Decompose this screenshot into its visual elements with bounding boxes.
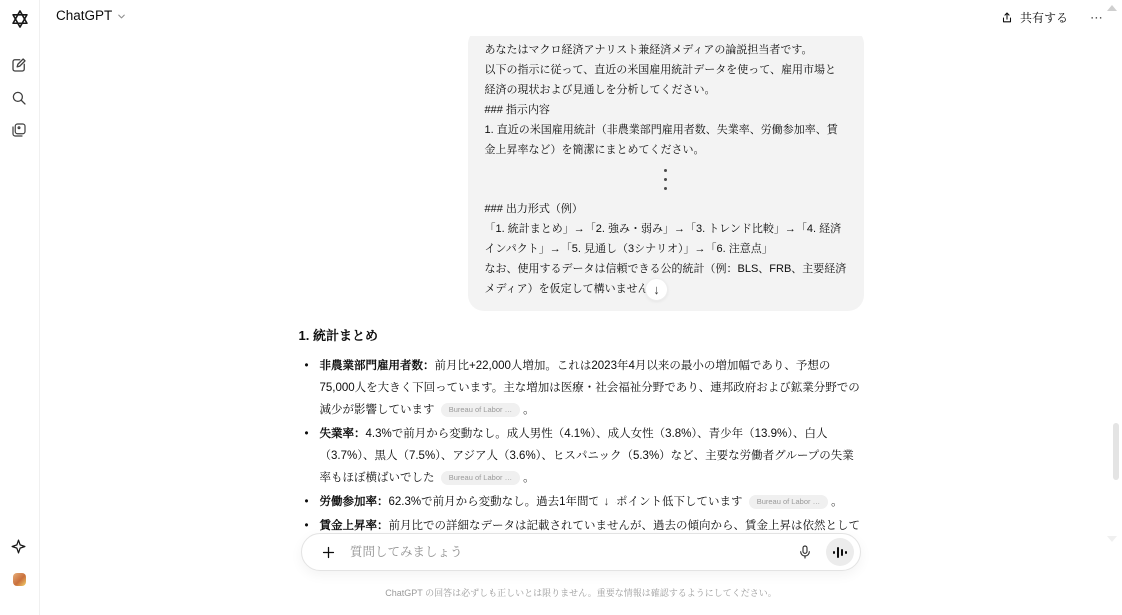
user-message-bubble: あなたはマクロ経済アナリスト兼経済メディアの論説担当者です。 以下の指示に従って… (468, 28, 864, 311)
model-switcher[interactable]: ChatGPT (56, 8, 127, 23)
user-message-text: 「1. 統計まとめ」→「2. 強み・弱み」→「3. トレンド比較」→「4. 経済… (485, 219, 847, 259)
user-message-text: あなたはマクロ経済アナリスト兼経済メディアの論説担当者です。 (485, 40, 847, 60)
waveform-icon (833, 547, 847, 558)
list-item: 労働参加率：62.3%で前月から変動なし。過去1年間で0.4ポイント低下していま… (299, 491, 864, 513)
truncated-content-indicator (485, 169, 847, 190)
share-label: 共有する (1020, 9, 1068, 26)
scrollbar-up-arrow[interactable] (1107, 5, 1117, 11)
assistant-bullet-list: 非農業部門雇用者数：前月比+22,000人増加。これは2023年4月以来の最小の… (299, 355, 864, 559)
app-title: ChatGPT (56, 8, 112, 23)
more-options-button[interactable]: ⋯ (1090, 10, 1104, 26)
composer-area: ChatGPT の回答は必ずしも正しいとは限りません。重要な情報は確認するように… (40, 533, 1122, 615)
bullet-suffix: 。 (831, 496, 843, 508)
assistant-message: 1. 統計まとめ 非農業部門雇用者数：前月比+22,000人増加。これは2023… (299, 325, 864, 559)
bullet-label: 労働参加率： (320, 496, 389, 508)
user-message-text: ### 指示内容 (485, 100, 847, 120)
bullet-label: 賃金上昇率： (320, 520, 389, 532)
bullet-text: 4.3%で前月から変動なし。成人男性（4.1%）、成人女性（3.8%）、青少年（… (320, 428, 854, 484)
citation-chip[interactable]: Bureau of Labor … (441, 403, 520, 417)
message-input[interactable] (340, 545, 792, 559)
top-bar: ChatGPT 共有する ⋯ (40, 0, 1122, 36)
message-composer (301, 533, 861, 571)
list-item: 失業率：4.3%で前月から変動なし。成人男性（4.1%）、成人女性（3.8%）、… (299, 423, 864, 489)
user-message-text: 以下の指示に従って、直近の米国雇用統計データを使って、雇用市場と経済の現状および… (485, 60, 847, 100)
bullet-label: 失業率： (320, 428, 366, 440)
share-button[interactable]: 共有する (1000, 9, 1068, 26)
voice-mode-button[interactable] (826, 538, 854, 566)
bullet-text: 62.3%で前月から変動なし。過去1年間で0.4ポイント低下しています (389, 496, 743, 508)
bullet-suffix: 。 (523, 404, 535, 416)
new-chat-icon[interactable] (10, 56, 30, 76)
citation-chip[interactable]: Bureau of Labor … (441, 471, 520, 485)
share-icon (1000, 11, 1014, 25)
avatar[interactable] (13, 573, 26, 586)
disclaimer-text: ChatGPT の回答は必ずしも正しいとは限りません。重要な情報は確認するように… (40, 586, 1122, 599)
user-message-text: 1. 直近の米国雇用統計（非農業部門雇用者数、失業率、労働参加率、賃金上昇率など… (485, 120, 847, 160)
scrollbar-down-arrow[interactable] (1107, 536, 1117, 542)
search-icon[interactable] (10, 89, 30, 109)
bullet-suffix: 。 (523, 472, 535, 484)
microphone-icon[interactable] (792, 539, 818, 565)
scrollbar-thumb[interactable] (1113, 423, 1119, 480)
library-icon[interactable] (10, 121, 30, 141)
openai-logo-icon[interactable] (9, 8, 31, 30)
bullet-label: 非農業部門雇用者数： (320, 360, 435, 372)
citation-chip[interactable]: Bureau of Labor … (749, 495, 828, 509)
attach-plus-button[interactable] (316, 540, 340, 564)
sidebar (0, 0, 40, 615)
user-message-text: ### 出力形式（例） (485, 199, 847, 219)
sparkle-icon[interactable] (10, 538, 30, 558)
list-item: 非農業部門雇用者数：前月比+22,000人増加。これは2023年4月以来の最小の… (299, 355, 864, 421)
chevron-down-icon (116, 11, 127, 22)
conversation-area: あなたはマクロ経済アナリスト兼経済メディアの論説担当者です。 以下の指示に従って… (40, 0, 1122, 615)
assistant-section-heading: 1. 統計まとめ (299, 325, 864, 347)
scroll-down-cursor-icon[interactable]: ↓ (597, 491, 616, 510)
scroll-down-button[interactable]: ↓ (645, 278, 668, 301)
